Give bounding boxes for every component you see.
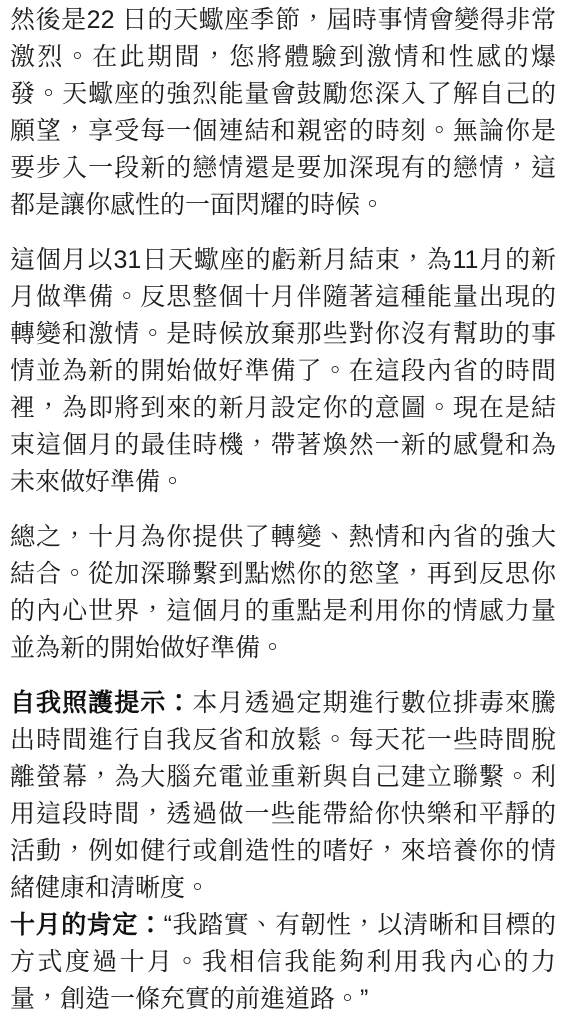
article-body: 然後是22 日的天蠍座季節，屆時事情會變得非常激烈。在此期間，您將體驗到激情和性… [0,0,565,1018]
paragraph-summary: 總之，十月為你提供了轉變、熱情和內省的強大結合。從加深聯繫到點燃你的慾望，再到反… [10,519,556,667]
paragraph-text: 總之，十月為你提供了轉變、熱情和內省的強大結合。從加深聯繫到點燃你的慾望，再到反… [10,523,556,662]
paragraph-october-affirmation: 十月的肯定：“我踏實、有韌性，以清晰和目標的方式度過十月。我相信我能夠利用我內心… [10,907,556,1018]
paragraph-text: 然後是22 日的天蠍座季節，屆時事情會變得非常激烈。在此期間，您將體驗到激情和性… [10,6,556,219]
paragraph-new-moon: 這個月以31日天蠍座的虧新月結束，為11月的新月做準備。反思整個十月伴隨著這種能… [10,242,556,501]
affirmation-label: 十月的肯定： [10,911,164,939]
paragraph-text: 本月透過定期進行數位排毒來騰出時間進行自我反省和放鬆。每天花一些時間脫離螢幕，為… [10,689,556,902]
paragraph-text: 這個月以31日天蠍座的虧新月結束，為11月的新月做準備。反思整個十月伴隨著這種能… [10,246,556,496]
paragraph-self-care-tip: 自我照護提示：本月透過定期進行數位排毒來騰出時間進行自我反省和放鬆。每天花一些時… [10,685,556,907]
self-care-label: 自我照護提示： [10,689,192,717]
paragraph-scorpio-season: 然後是22 日的天蠍座季節，屆時事情會變得非常激烈。在此期間，您將體驗到激情和性… [10,2,556,224]
